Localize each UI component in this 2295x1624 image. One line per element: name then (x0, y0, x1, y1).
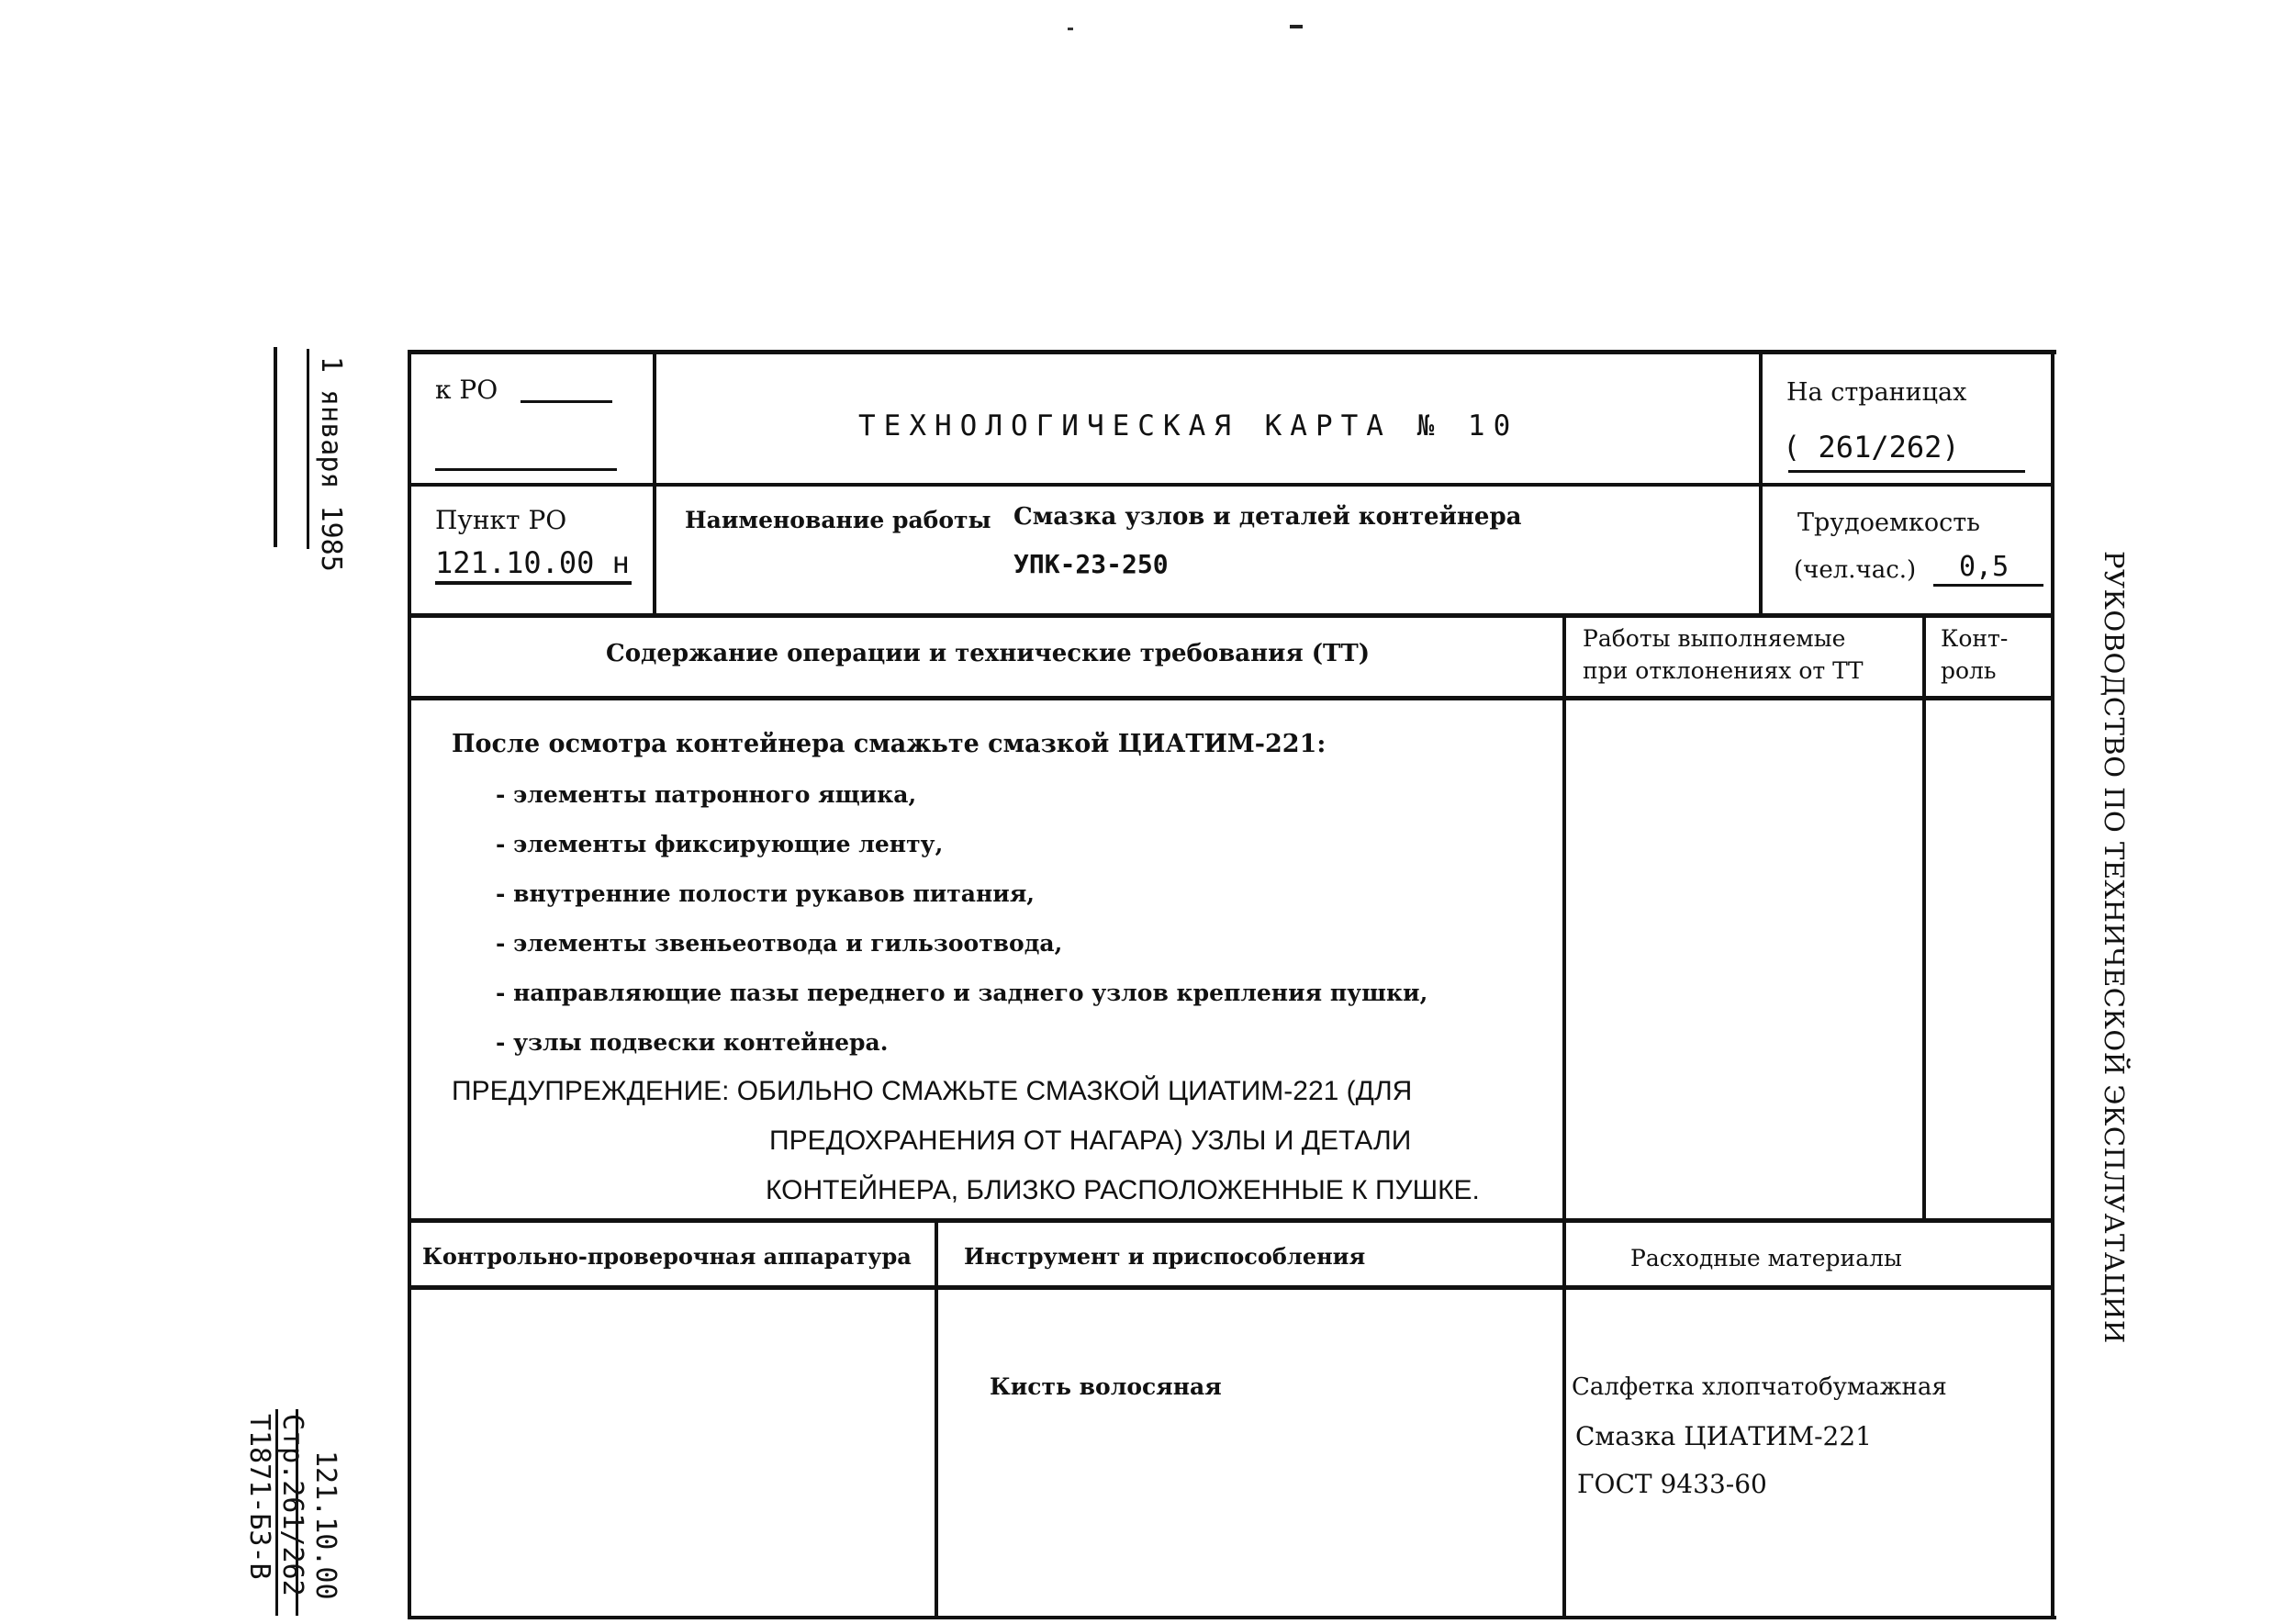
col-divider (1562, 615, 1566, 1221)
manual-title-vertical: РУКОВОДСТВО ПО ТЕХНИЧЕСКОЙ ЭКСПЛУАТАЦИИ (2099, 551, 2130, 1344)
labor-label: Трудоемкость (1797, 509, 1980, 537)
row-divider (409, 1218, 2052, 1223)
material-item: Салфетка хлопчатобумажная (1572, 1373, 1947, 1401)
col-divider (935, 1221, 938, 1618)
item-value: 121.10.00 н (435, 545, 630, 580)
pages-underline (1788, 470, 2025, 473)
col-header-equipment: Контрольно-проверочная аппаратура (422, 1243, 912, 1270)
warning-line-1: ПРЕДУПРЕЖДЕНИЕ: ОБИЛЬНО СМАЖЬТЕ СМАЗКОЙ … (452, 1076, 1412, 1107)
list-item: - узлы подвески контейнера. (496, 1029, 888, 1056)
row-divider (409, 696, 2052, 700)
col-header-control-1: Конт- (1941, 625, 2008, 652)
col-header-deviation-2: при отклонениях от ТТ (1583, 657, 1864, 684)
margin-edition: Т1871-БЗ-В (243, 1414, 275, 1580)
margin-page-ref: Стр.261/262 (276, 1414, 308, 1596)
margin-rule (307, 349, 309, 549)
material-item: ГОСТ 9433-60 (1577, 1469, 1767, 1499)
pages-label: На страницах (1786, 378, 1966, 407)
work-name-line2: УПК-23-250 (1013, 549, 1169, 579)
warning-line-3: КОНТЕЙНЕРА, БЛИЗКО РАСПОЛОЖЕННЫЕ К ПУШКЕ… (766, 1175, 1480, 1206)
col-divider (1922, 615, 1926, 1221)
list-item: - направляющие пазы переднего и заднего … (496, 980, 1427, 1006)
labor-underline (1933, 584, 2043, 587)
work-name-label: Наименование работы (685, 507, 991, 533)
border (408, 350, 411, 1619)
col-header-control-2: роль (1941, 657, 1997, 684)
margin-doc-code: 121.10.00 (309, 1450, 341, 1600)
scan-speck (1068, 28, 1073, 30)
margin-rule (274, 347, 277, 547)
list-item: - элементы звеньеотвода и гильзоотвода, (496, 930, 1062, 957)
scan-speck (1290, 25, 1303, 28)
col-divider (1562, 1221, 1566, 1618)
material-item: Смазка ЦИАТИМ-221 (1575, 1421, 1872, 1451)
margin-date: 1 января 1985 (315, 356, 347, 572)
list-item: - элементы фиксирующие ленту, (496, 831, 943, 857)
card-title: ТЕХНОЛОГИЧЕСКАЯ КАРТА № 10 (858, 409, 1518, 442)
labor-value: 0,5 (1959, 551, 2009, 583)
border (2051, 350, 2054, 1619)
list-item: - внутренние полости рукавов питания, (496, 880, 1035, 907)
work-name-line1: Смазка узлов и деталей контейнера (1013, 503, 1521, 531)
labor-unit: (чел.час.) (1794, 556, 1916, 584)
ref-underline (521, 400, 612, 403)
item-underline (435, 581, 632, 585)
tool-item: Кисть волосяная (990, 1373, 1222, 1400)
col-header-content: Содержание операции и технические требов… (606, 640, 1370, 667)
operation-intro: После осмотра контейнера смажьте смазкой… (452, 730, 1326, 758)
warning-line-2: ПРЕДОХРАНЕНИЯ ОТ НАГАРА) УЗЛЫ И ДЕТАЛИ (769, 1126, 1411, 1157)
col-header-deviation-1: Работы выполняемые (1583, 625, 1845, 652)
ref-label: к РО (435, 375, 498, 405)
col-divider (653, 352, 656, 615)
row-divider (409, 1285, 2052, 1290)
item-label: Пункт РО (435, 505, 566, 535)
col-header-materials: Расходные материалы (1630, 1245, 1902, 1271)
col-divider (1759, 352, 1763, 615)
list-item: - элементы патронного ящика, (496, 781, 916, 808)
ref-underline-2 (435, 468, 617, 471)
border (409, 1616, 2056, 1619)
col-header-tools: Инструмент и приспособления (964, 1243, 1365, 1270)
pages-value: ( 261/262) (1783, 430, 1960, 465)
